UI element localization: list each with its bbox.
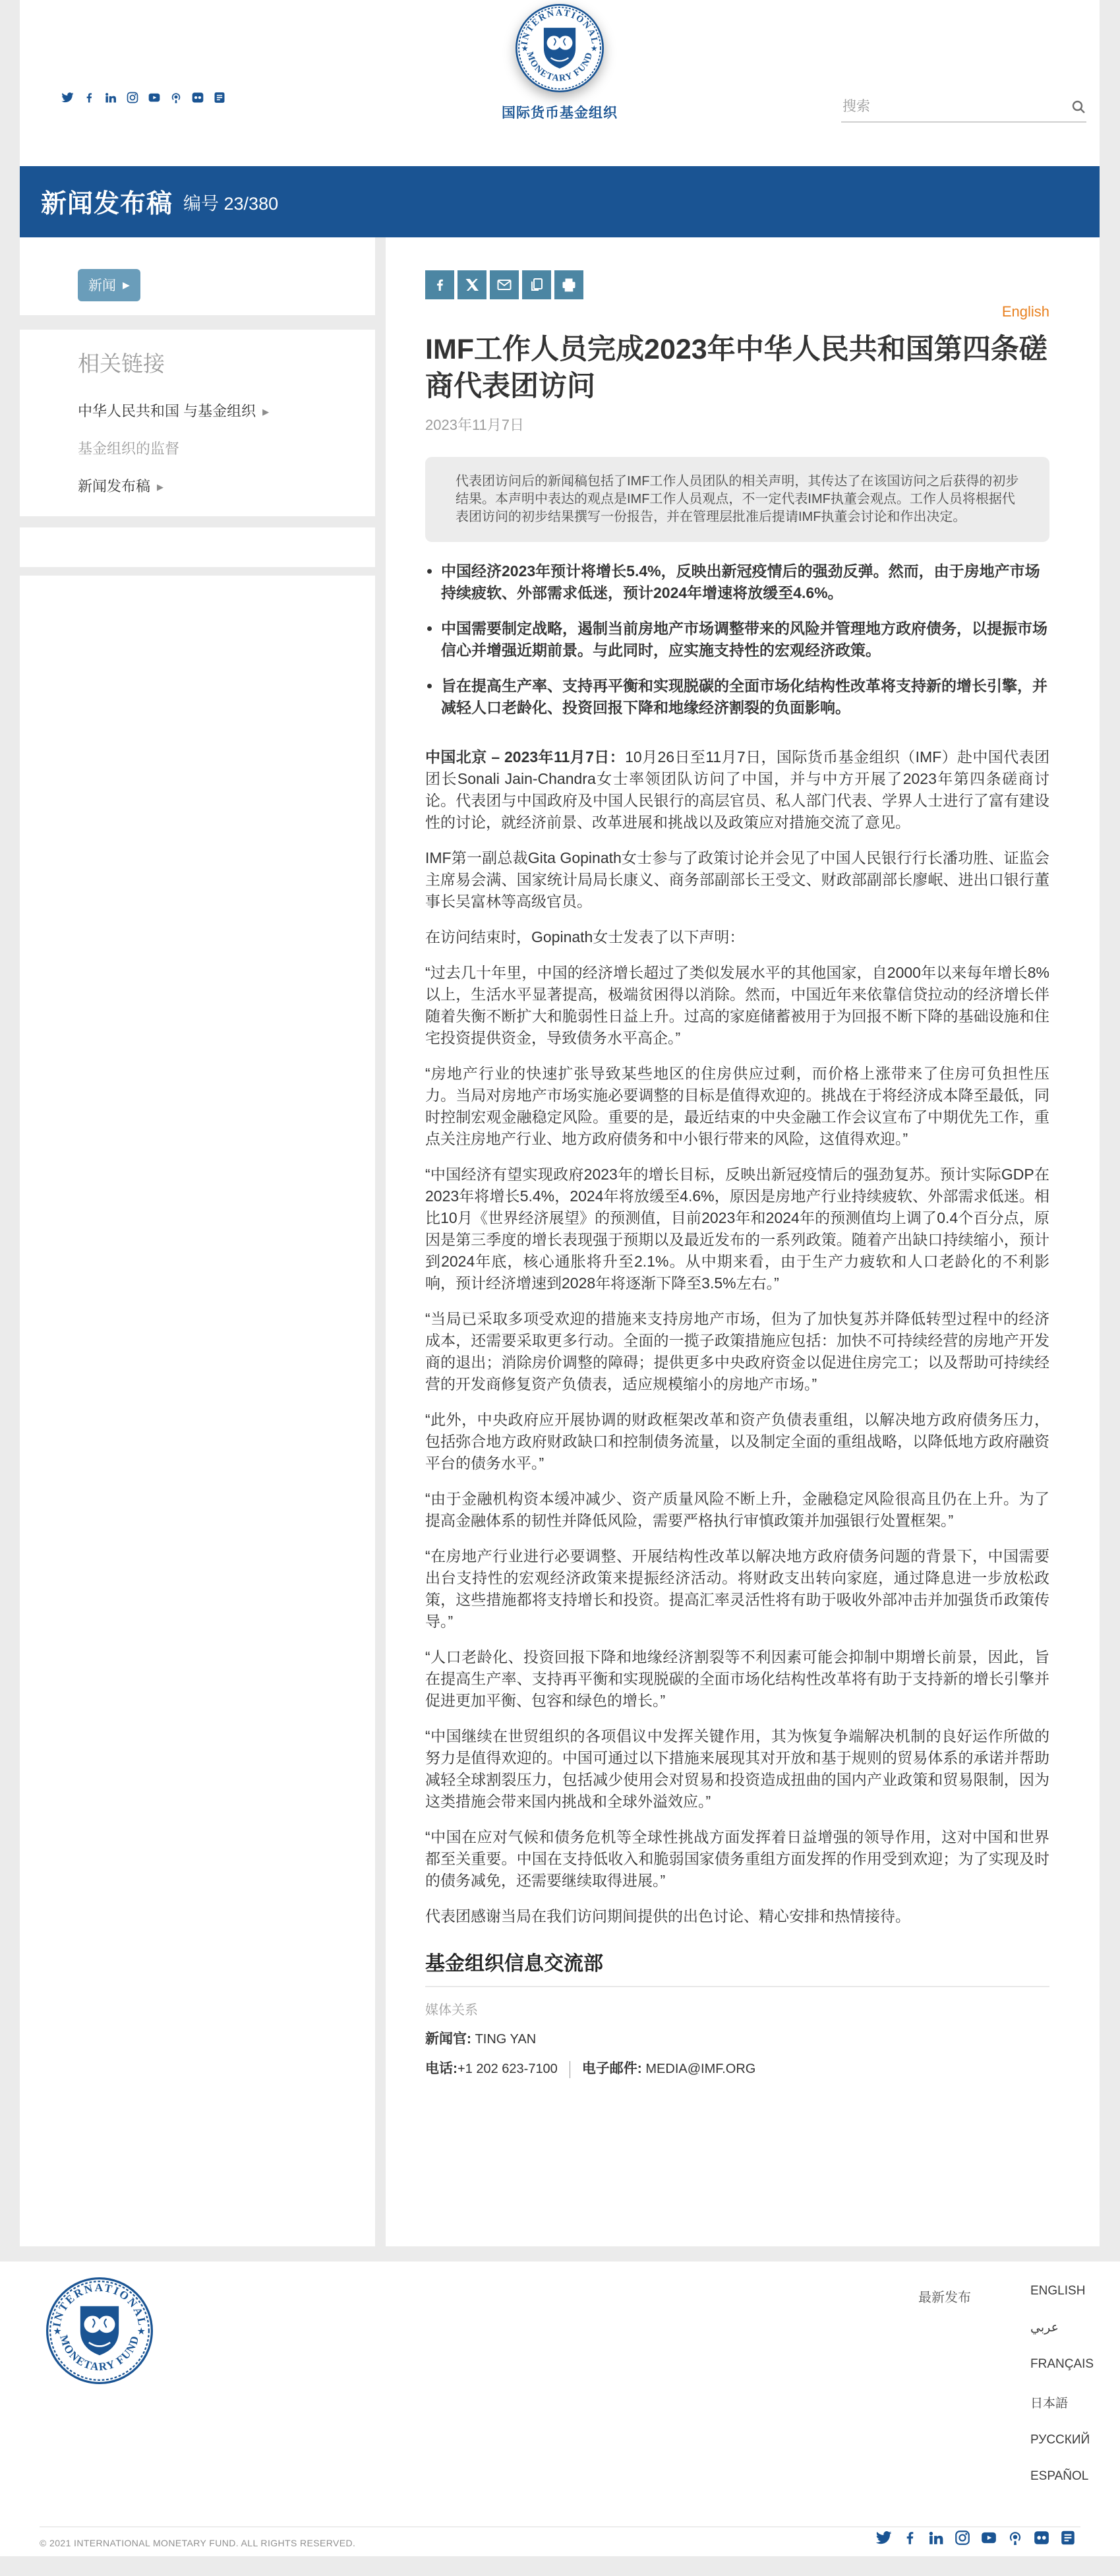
key-point: 旨在提高生产率、支持再平衡和实现脱碳的全面市场化结构性改革将支持新的增长引擎，并… [441,675,1049,719]
svg-text:★: ★ [591,44,598,53]
footer-language-link[interactable]: ENGLISH [1030,2284,1094,2298]
article-paragraph: 中国北京 – 2023年11月7日：10月26日至11月7日，国际货币基金组织（… [425,746,1049,833]
article-paragraph: 在访问结束时，Gopinath女士发表了以下声明： [425,926,1049,948]
article-paragraph: “由于金融机构资本缓冲减少、资产质量风险不断上升，金融稳定风险很高且仍在上升。为… [425,1488,1049,1532]
linkedin-icon[interactable] [928,2529,945,2546]
email-address[interactable]: MEDIA@IMF.ORG [645,2062,755,2076]
sidebar-link-anchor[interactable]: 基金组织的监督 [78,440,179,457]
news-button[interactable]: 新闻 ▶ [78,269,140,301]
sidebar-link: 基金组织的监督 [78,438,355,458]
flickr-icon[interactable] [1033,2529,1050,2546]
chevron-right-icon: ▶ [262,407,269,417]
sidebar: 新闻 ▶ 相关链接 中华人民共和国 与基金组织▶基金组织的监督新闻发布稿▶ [20,237,375,2246]
footer-language-link[interactable]: РУССКИЙ [1030,2433,1094,2447]
imf-logo: INTERNATIONAL MONETARY FUND ★★ [516,4,604,96]
email-icon[interactable] [490,270,519,299]
article-paragraph: “在房地产行业进行必要调整、开展结构性改革以解决地方政府债务问题的背景下，中国需… [425,1545,1049,1632]
site-header: INTERNATIONAL MONETARY FUND ★★ 国际货币基金组织 [20,0,1100,166]
latest-releases-link[interactable]: 最新发布 [918,2287,971,2306]
podcast-icon[interactable] [1007,2529,1024,2546]
news-button-label: 新闻 [88,275,116,295]
page: INTERNATIONAL MONETARY FUND ★★ 国际货币基金组织 … [0,0,1120,2576]
footer-language-link[interactable]: عربي [1030,2320,1094,2335]
share-row [425,270,1049,299]
key-point: 中国需要制定战略，遏制当前房地产市场调整带来的风险并管理地方政府债务，以提振市场… [441,618,1049,661]
disclaimer-box: 代表团访问后的新闻稿包括了IMF工作人员团队的相关声明，其传达了在该国访问之后获… [425,457,1049,542]
article-paragraph: IMF第一副总裁Gita Gopinath女士参与了政策讨论并会见了中国人民银行… [425,847,1049,913]
footer-language-link[interactable]: FRANÇAIS [1030,2357,1094,2372]
twitter-icon[interactable] [875,2529,892,2546]
press-release-banner: 新闻发布稿 编号 23/380 [20,166,1100,237]
svg-text:★: ★ [137,2327,146,2337]
search-input[interactable] [841,98,1065,115]
instagram-icon[interactable] [954,2529,971,2546]
key-point: 中国经济2023年预计将增长5.4%，反映出新冠疫情后的强劲反弹。然而，由于房地… [441,560,1049,604]
article-title: IMF工作人员完成2023年中华人民共和国第四条磋商代表团访问 [425,331,1049,405]
svg-text:★: ★ [53,2327,62,2337]
footer-divider [40,2527,1080,2527]
imf-footer-logo: INTERNATIONAL MONETARY FUND ★★ [46,2277,153,2387]
search [841,92,1086,123]
sidebar-empty-box [20,527,375,567]
sidebar-empty-box-tall [20,576,375,2246]
sidebar-link-anchor[interactable]: 中华人民共和国 与基金组织 [78,403,256,419]
sidebar-link: 中华人民共和国 与基金组织▶ [78,400,355,421]
footer-social-icons [875,2529,1076,2546]
article-date: 2023年11月7日 [425,414,1049,434]
article-paragraph: “中国继续在世贸组织的各项倡议中发挥关键作用，其为恢复争端解决机制的良好运作所做… [425,1725,1049,1812]
svg-text:★: ★ [521,44,529,53]
article-paragraph: “人口老龄化、投资回报下降和地缘经济割裂等不利因素可能会抑制中期增长前景，因此，… [425,1646,1049,1712]
contact-section: 基金组织信息交流部 媒体关系 新闻官: TING YAN 电话:+1 202 6… [425,1947,1049,2078]
chevron-right-icon: ▶ [123,280,130,291]
language-switch: English [425,303,1049,320]
copy-icon[interactable] [522,270,551,299]
article-body: 中国北京 – 2023年11月7日：10月26日至11月7日，国际货币基金组织（… [425,746,1049,1927]
chevron-right-icon: ▶ [157,482,163,492]
newsletter-icon[interactable] [1059,2529,1076,2546]
phone-label: 电话: [425,2061,457,2076]
banner-number: 编号 23/380 [183,189,278,215]
contact-phone-email-line: 电话:+1 202 623-7100电子邮件: MEDIA@IMF.ORG [425,2058,1049,2078]
bottom-strip [0,2556,1120,2576]
press-officer-name: TING YAN [475,2032,537,2047]
banner-title: 新闻发布稿 [41,183,173,220]
press-officer-label: 新闻官: [425,2031,471,2047]
article-paragraph: “当局已采取多项受欢迎的措施来支持房地产市场，但为了加快复苏并降低转型过程中的经… [425,1308,1049,1395]
key-points: 中国经济2023年预计将增长5.4%，反映出新冠疫情后的强劲反弹。然而，由于房地… [425,560,1049,719]
facebook-icon[interactable] [901,2529,918,2546]
article-paragraph: “中国在应对气候和债务危机等全球性挑战方面发挥着日益增强的领导作用，这对中国和世… [425,1826,1049,1892]
site-footer: INTERNATIONAL MONETARY FUND ★★ 最新发布 ENGL… [0,2261,1120,2556]
article-paragraph: “中国经济有望实现政府2023年的增长目标，反映出新冠疫情后的强劲复苏。预计实际… [425,1164,1049,1294]
related-links-box: 相关链接 中华人民共和国 与基金组织▶基金组织的监督新闻发布稿▶ [20,330,375,516]
related-links-title: 相关链接 [78,347,355,378]
phone-number: +1 202 623-7100 [457,2062,558,2076]
sidebar-news-box: 新闻 ▶ [20,237,375,315]
email-label: 电子邮件: [582,2061,642,2076]
print-icon[interactable] [554,270,583,299]
youtube-icon[interactable] [980,2529,997,2546]
contact-subheading: 媒体关系 [425,1999,1049,2018]
article: English IMF工作人员完成2023年中华人民共和国第四条磋商代表团访问 … [386,237,1100,2246]
article-paragraph: 代表团感谢当局在我们访问期间提供的出色讨论、精心安排和热情接待。 [425,1905,1049,1927]
contact-heading: 基金组织信息交流部 [425,1947,1049,1987]
x-twitter-icon[interactable] [457,270,486,299]
search-icon[interactable] [1071,99,1086,115]
footer-language-link[interactable]: ESPAÑOL [1030,2469,1094,2484]
copyright: © 2021 INTERNATIONAL MONETARY FUND. ALL … [40,2538,355,2548]
article-paragraph: “房地产行业的快速扩张导致某些地区的住房供应过剩，而价格上涨带来了住房可负担性压… [425,1063,1049,1150]
footer-languages: ENGLISHعربيFRANÇAIS日本語РУССКИЙESPAÑOL [1030,2284,1094,2505]
press-officer-line: 新闻官: TING YAN [425,2028,1049,2048]
article-paragraph: “过去几十年里，中国的经济增长超过了类似发展水平的其他国家，自2000年以来每年… [425,962,1049,1049]
english-link[interactable]: English [1002,303,1049,320]
divider [570,2061,570,2078]
article-paragraph: “此外，中央政府应开展协调的财政框架改革和资产负债表重组，以解决地方政府债务压力… [425,1409,1049,1474]
sidebar-link: 新闻发布稿▶ [78,475,355,496]
sidebar-link-anchor[interactable]: 新闻发布稿 [78,478,150,494]
facebook-icon[interactable] [425,270,454,299]
footer-language-link[interactable]: 日本語 [1030,2393,1094,2411]
